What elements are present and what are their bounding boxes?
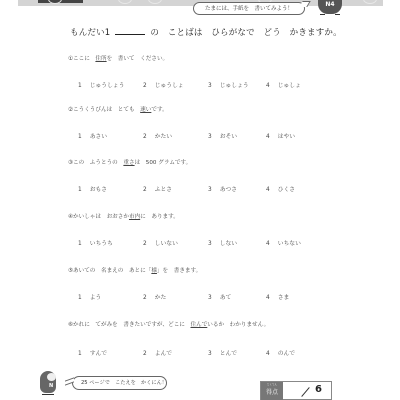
banner-pattern-dot <box>363 0 377 4</box>
choice-option[interactable]: 4いちない <box>266 238 301 247</box>
choice-text: よう <box>90 295 102 301</box>
choice-number: 1 <box>78 83 82 89</box>
choice-number: 3 <box>208 134 212 140</box>
choice-text: あさい <box>90 134 107 140</box>
choice-text: ひくさ <box>278 187 295 193</box>
choice-option[interactable]: 4さま <box>266 292 289 301</box>
sentence-after: を 書いて ください。 <box>107 56 169 62</box>
choice-option[interactable]: 4はやい <box>266 131 295 140</box>
choice-number: 2 <box>143 134 147 140</box>
choice-text: かたい <box>155 134 172 140</box>
choice-text: あつさ <box>220 187 237 193</box>
sentence-after: 」を 書きます。 <box>157 268 201 274</box>
choice-text: しない <box>220 241 237 247</box>
choice-number: 2 <box>143 241 147 247</box>
sentence-before: ここに <box>73 56 95 62</box>
banner-pattern-dot <box>118 0 132 4</box>
bubble-tail <box>65 377 74 385</box>
choice-option[interactable]: 2じゅうしょ <box>143 80 184 89</box>
choice-number: 1 <box>78 187 82 193</box>
choice-number: 2 <box>143 83 147 89</box>
hint-text: 25 ページで こたえを かくにん！ <box>81 380 167 386</box>
sentence-before: かれに てがみを 書きたいですが、どこに <box>73 322 190 328</box>
problem-4-sentence: ④かいしゃは おおさか市内に あります。 <box>68 212 179 220</box>
choice-option[interactable]: 3あて <box>208 292 231 301</box>
tip-speech-bubble: たまには、手紙を 書いてみよう！ <box>193 2 305 15</box>
choice-option[interactable]: 1じゅうしょう <box>78 80 125 89</box>
choice-text: よんで <box>155 351 172 357</box>
target-word: 市内 <box>129 214 140 220</box>
choice-option[interactable]: 2かた <box>143 292 166 301</box>
choice-text: はやい <box>278 134 295 140</box>
choice-number: 1 <box>78 351 82 357</box>
choice-number: 2 <box>143 351 147 357</box>
choice-option[interactable]: 2しいない <box>143 238 178 247</box>
choice-text: しいない <box>155 241 178 247</box>
choice-number: 3 <box>208 351 212 357</box>
choice-option[interactable]: 4のんで <box>266 348 295 357</box>
choice-number: 4 <box>266 241 270 247</box>
target-word: 速い <box>140 107 151 113</box>
choice-option[interactable]: 3しない <box>208 238 237 247</box>
section-title: もんだい1の ことばは ひらがなで どう かきますか。 <box>70 26 342 38</box>
sentence-before: こうくうびんは とても <box>73 107 140 113</box>
choice-text: ふとさ <box>155 187 172 193</box>
mascot-character-icon: N <box>40 371 56 393</box>
problem-2-sentence: ②こうくうびんは とても 速いです。 <box>68 105 168 113</box>
choice-number: 3 <box>208 187 212 193</box>
tip-text: たまには、手紙を 書いてみよう！ <box>205 6 293 12</box>
problem-5-sentence: ⑤あいての 名まえの あとに「様」を 書きます。 <box>68 266 201 274</box>
choice-option[interactable]: 2かたい <box>143 131 172 140</box>
choice-number: 2 <box>143 295 147 301</box>
target-word: 住所 <box>95 56 106 62</box>
mascot-leg <box>335 14 340 15</box>
target-word: 住んで <box>191 322 208 328</box>
title-blank-line <box>115 34 145 35</box>
choice-option[interactable]: 3とんで <box>208 348 237 357</box>
mascot-badge: N <box>49 383 53 389</box>
choice-number: 4 <box>266 187 270 193</box>
choice-number: 4 <box>266 83 270 89</box>
sentence-before: あいての 名まえの あとに「 <box>73 268 151 274</box>
sentence-after: に あります。 <box>140 214 179 220</box>
target-word: 重さ <box>123 160 134 166</box>
hint-speech-bubble: 25 ページで こたえを かくにん！ <box>72 376 167 390</box>
choice-text: のんで <box>278 351 295 357</box>
choice-option[interactable]: 4ひくさ <box>266 184 295 193</box>
choice-text: じゅしょ <box>278 83 301 89</box>
choice-text: すんで <box>90 351 107 357</box>
section-title-suffix: の ことばは ひらがなで どう かきますか。 <box>150 28 341 38</box>
problem-3-sentence: ③この ふうとうの 重さは 500 グラムです。 <box>68 158 191 166</box>
choice-option[interactable]: 3おそい <box>208 131 237 140</box>
choice-option[interactable]: 1おもさ <box>78 184 107 193</box>
problem-1-sentence: ①ここに 住所を 書いて ください。 <box>68 54 168 62</box>
choice-number: 1 <box>78 134 82 140</box>
level-badge: N4 <box>318 1 342 8</box>
mascot-face <box>47 373 56 381</box>
choice-option[interactable]: 4じゅしょ <box>266 80 301 89</box>
choice-number: 3 <box>208 295 212 301</box>
score-label-text: 得点 <box>266 389 278 396</box>
choice-option[interactable]: 1あさい <box>78 131 107 140</box>
choice-option[interactable]: 1よう <box>78 292 101 301</box>
sentence-after: は 500 グラムです。 <box>135 160 192 166</box>
sentence-before: かいしゃは おおさか <box>73 214 129 220</box>
choice-text: じゅうしょ <box>155 83 184 89</box>
choice-text: さま <box>278 295 290 301</box>
sentence-before: この ふうとうの <box>73 160 123 166</box>
choice-text: おもさ <box>90 187 107 193</box>
choice-number: 4 <box>266 351 270 357</box>
mascot-character-icon: N4 <box>318 0 342 14</box>
choice-option[interactable]: 3じゅしょう <box>208 80 249 89</box>
score-slash <box>301 387 309 397</box>
mascot-feet <box>42 394 54 395</box>
choice-text: おそい <box>220 134 237 140</box>
choice-option[interactable]: 1いちうち <box>78 238 113 247</box>
choice-number: 1 <box>78 241 82 247</box>
sentence-after: です。 <box>151 107 167 113</box>
choice-text: かた <box>155 295 167 301</box>
choice-number: 4 <box>266 134 270 140</box>
choice-option[interactable]: 2ふとさ <box>143 184 172 193</box>
sentence-after: いるか わかりません。 <box>207 322 269 328</box>
choice-option[interactable]: 3あつさ <box>208 184 237 193</box>
choice-option[interactable]: 1すんで <box>78 348 107 357</box>
banner-pattern-dot <box>48 0 62 4</box>
choice-option[interactable]: 2よんで <box>143 348 172 357</box>
score-label-ruby: とくてん <box>261 383 283 386</box>
problem-6-sentence: ⑥かれに てがみを 書きたいですが、どこに 住んでいるか わかりません。 <box>68 320 269 328</box>
choice-text: いちない <box>278 241 301 247</box>
mascot-leg <box>320 14 325 15</box>
choice-text: じゅうしょう <box>90 83 125 89</box>
choice-text: じゅしょう <box>220 83 249 89</box>
choice-number: 2 <box>143 187 147 193</box>
choice-number: 3 <box>208 83 212 89</box>
choice-number: 4 <box>266 295 270 301</box>
section-title-prefix: もんだい1 <box>70 28 110 38</box>
choice-number: 1 <box>78 295 82 301</box>
score-box: とくてん 得点 6 <box>260 381 332 400</box>
choice-number: 3 <box>208 241 212 247</box>
score-label: とくてん 得点 <box>261 382 283 400</box>
banner-pattern-dot <box>148 0 162 4</box>
choice-text: あて <box>220 295 232 301</box>
choice-text: いちうち <box>90 241 113 247</box>
choice-text: とんで <box>220 351 237 357</box>
score-total: 6 <box>315 384 322 395</box>
